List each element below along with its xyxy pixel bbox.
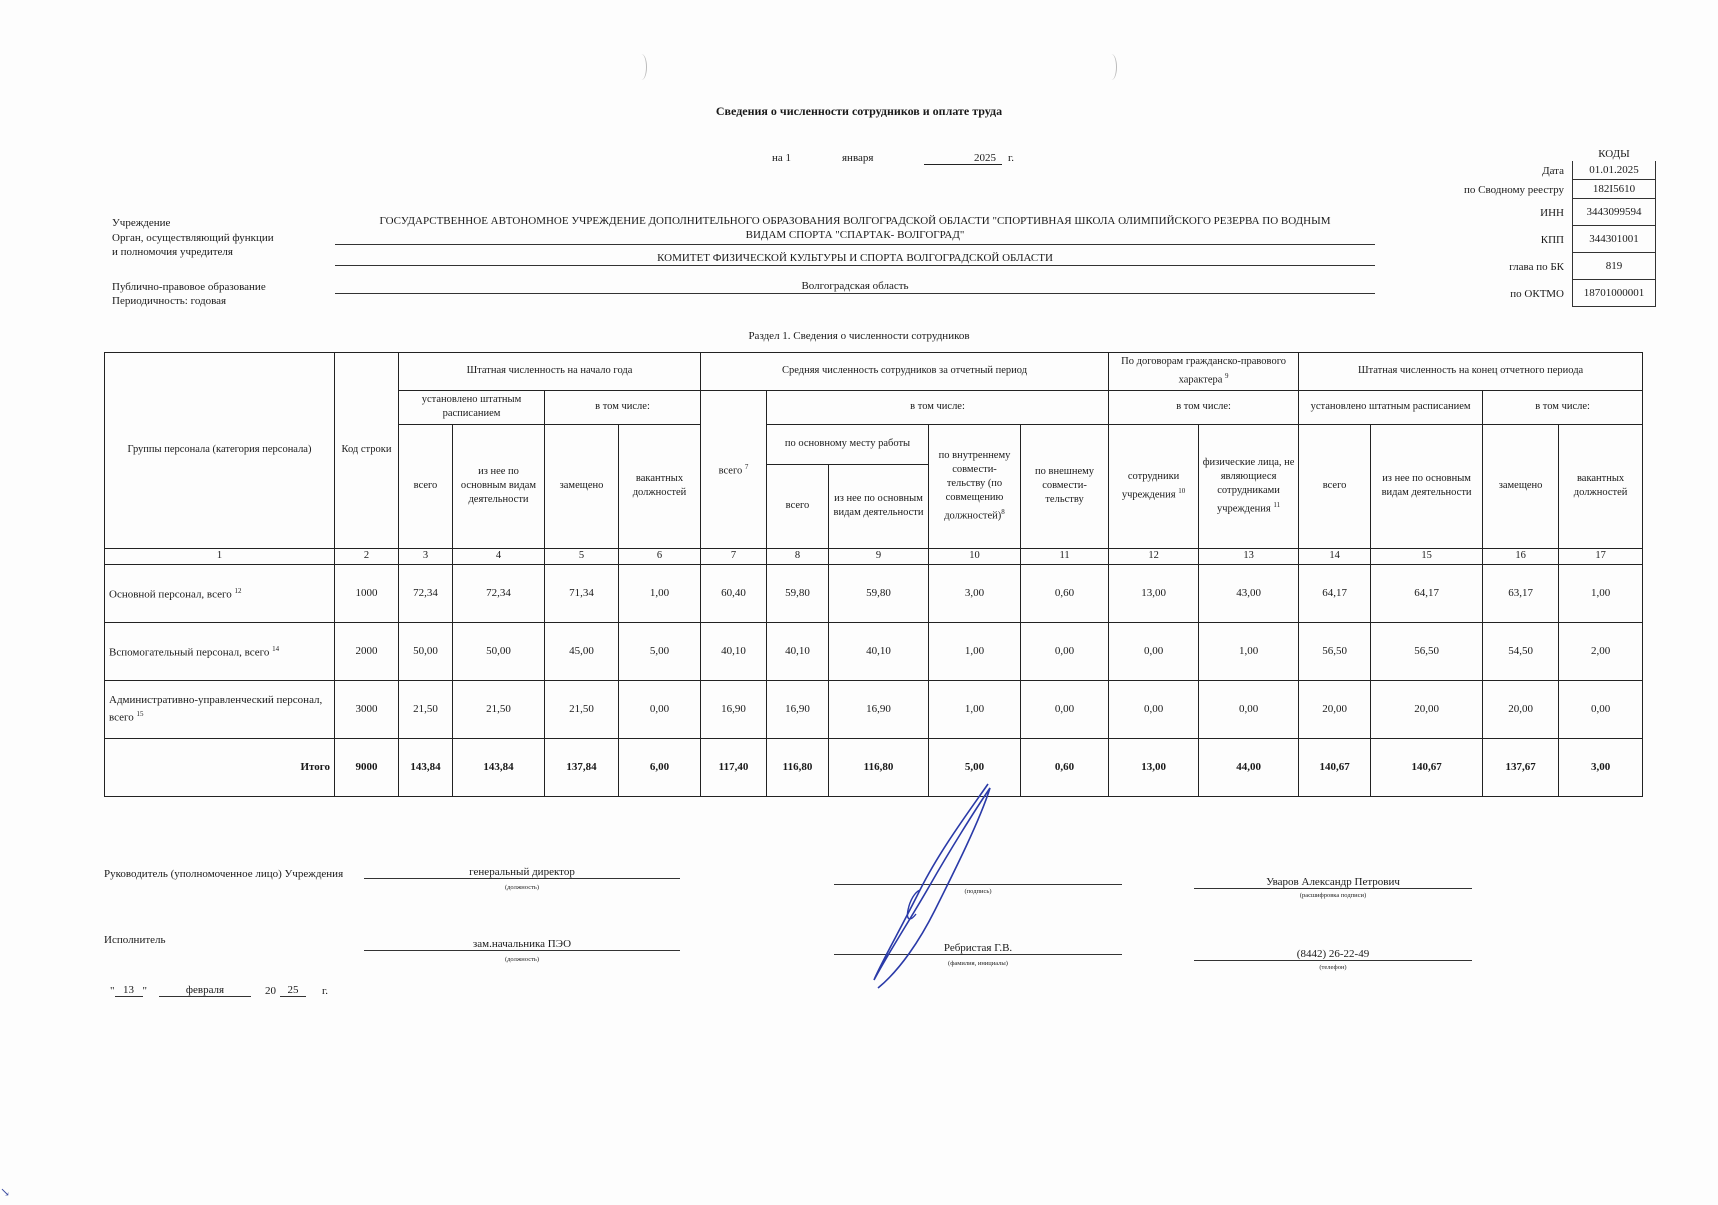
cell-value: 21,50	[545, 680, 619, 738]
executor-label: Исполнитель	[104, 934, 166, 946]
table-body: Основной персонал, всего 12100072,3472,3…	[105, 564, 1643, 796]
code-label: по ОКТМО	[1380, 288, 1572, 300]
requisite-labels: Учреждение Орган, осуществляющий функции…	[112, 216, 274, 309]
cell-value: 21,50	[399, 680, 453, 738]
document-title: Сведения о численности сотрудников и опл…	[0, 104, 1718, 119]
header-end-main: из нее по основным видам деятельности	[1371, 424, 1483, 548]
cell-value: 56,50	[1299, 622, 1371, 680]
ppo-label: Публично-правовое образование	[112, 280, 274, 295]
cell-value: 43,00	[1199, 564, 1299, 622]
cell-value: 1,00	[619, 564, 701, 622]
executor-position-caption: (должность)	[364, 956, 680, 963]
header-main-of-it: из нее по основным видам деятельности	[829, 464, 929, 548]
header-groups: Группы персонала (категория персонала)	[105, 353, 335, 549]
head-position: генеральный директор	[364, 866, 680, 879]
column-number: 6	[619, 548, 701, 564]
row-code: 3000	[335, 680, 399, 738]
cell-value: 1,00	[929, 680, 1021, 738]
founder-label-2: и полномочия учредителя	[112, 245, 274, 260]
cell-value: 0,60	[1021, 564, 1109, 622]
name-caption: (расшифровка подписи)	[1194, 892, 1472, 899]
header-start-vacant: вакантных должностей	[619, 424, 701, 548]
header-internal: по внутреннему совмести- тельству (по со…	[929, 424, 1021, 548]
handwritten-signature-icon	[860, 780, 1000, 990]
cell-value: 71,34	[545, 564, 619, 622]
sign-day: 13	[115, 984, 143, 997]
sign-year: 25	[280, 984, 306, 997]
code-row-bk: глава по БК 819	[1380, 253, 1656, 280]
header-end-filled: замещено	[1483, 424, 1559, 548]
cell-value: 2,00	[1559, 622, 1643, 680]
cell-value: 63,17	[1483, 564, 1559, 622]
cell-value: 16,90	[829, 680, 929, 738]
head-name: Уваров Александр Петрович	[1194, 876, 1472, 889]
cell-value: 72,34	[399, 564, 453, 622]
row-name: Административно-управленческий персонал,…	[105, 680, 335, 738]
cell-value: 16,90	[767, 680, 829, 738]
column-number: 4	[453, 548, 545, 564]
cell-value: 1,00	[1199, 622, 1299, 680]
section-title: Раздел 1. Сведения о численности сотрудн…	[0, 330, 1718, 342]
cell-value: 54,50	[1483, 622, 1559, 680]
row-code: 2000	[335, 622, 399, 680]
position-caption: (должность)	[364, 884, 680, 891]
code-row-inn: ИНН 3443099594	[1380, 199, 1656, 226]
header-start-filled: замещено	[545, 424, 619, 548]
code-value: 18701000001	[1572, 280, 1656, 307]
periodicity-label: Периодичность: годовая	[112, 294, 274, 309]
cell-value: 21,50	[453, 680, 545, 738]
scan-edge-mark: ↘	[0, 1185, 10, 1200]
cell-value: 13,00	[1109, 564, 1199, 622]
cell-value: 56,50	[1371, 622, 1483, 680]
code-label: КПП	[1380, 234, 1572, 246]
cell-value: 3,00	[929, 564, 1021, 622]
cell-value: 59,80	[829, 564, 929, 622]
header-external: по внешнему совмести- тельству	[1021, 424, 1109, 548]
cell-value: 1,00	[929, 622, 1021, 680]
date-year: 2025	[924, 152, 1002, 165]
header-start-year: Штатная численность на начало года	[399, 353, 701, 391]
cell-value: 16,90	[701, 680, 767, 738]
total-value: 140,67	[1371, 738, 1483, 796]
code-row-oktmo: по ОКТМО 18701000001	[1380, 280, 1656, 307]
code-value: 01.01.2025	[1572, 161, 1656, 180]
code-row-kpp: КПП 344301001	[1380, 226, 1656, 253]
total-value: 44,00	[1199, 738, 1299, 796]
total-value: 13,00	[1109, 738, 1199, 796]
cell-value: 0,00	[1199, 680, 1299, 738]
table-row: Вспомогательный персонал, всего 14200050…	[105, 622, 1643, 680]
row-name: Вспомогательный персонал, всего 14	[105, 622, 335, 680]
row-name: Основной персонал, всего 12	[105, 564, 335, 622]
cell-value: 59,80	[767, 564, 829, 622]
sign-suffix: г.	[322, 985, 328, 997]
total-label: Итого	[105, 738, 335, 796]
table-row: Основной персонал, всего 12100072,3472,3…	[105, 564, 1643, 622]
ppo-name: Волгоградская область	[335, 280, 1375, 294]
header-staff: сотрудники учреждения 10	[1109, 424, 1199, 548]
cell-value: 0,00	[619, 680, 701, 738]
header-gph: По договорам гражданско-правового характ…	[1109, 353, 1299, 391]
cell-value: 64,17	[1371, 564, 1483, 622]
column-number: 7	[701, 548, 767, 564]
date-month: января	[842, 152, 924, 165]
header-code: Код строки	[335, 353, 399, 549]
date-prefix: на 1	[772, 152, 842, 165]
column-number: 10	[929, 548, 1021, 564]
code-label: ИНН	[1380, 207, 1572, 219]
column-number: 8	[767, 548, 829, 564]
column-number: 9	[829, 548, 929, 564]
header-including-avg: в том числе:	[767, 390, 1109, 424]
head-label: Руководитель (уполномоченное лицо) Учреж…	[104, 868, 343, 880]
column-number: 11	[1021, 548, 1109, 564]
cell-value: 40,10	[767, 622, 829, 680]
code-label: по Сводному реестру	[1380, 184, 1572, 196]
total-value: 117,40	[701, 738, 767, 796]
sign-century: 20	[265, 985, 276, 997]
code-row-registry: по Сводному реестру 182I5610	[1380, 180, 1656, 199]
cell-value: 0,00	[1109, 680, 1199, 738]
phone-caption: (телефон)	[1194, 964, 1472, 971]
institution-name-line-1: ГОСУДАРСТВЕННОЕ АВТОНОМНОЕ УЧРЕЖДЕНИЕ ДО…	[335, 214, 1375, 228]
sign-date: " 13 " февраля 20 25 г.	[110, 984, 328, 997]
column-number: 3	[399, 548, 453, 564]
document-page: Сведения о численности сотрудников и опл…	[0, 0, 1718, 1205]
cell-value: 0,00	[1109, 622, 1199, 680]
header-including-gph: в том числе:	[1109, 390, 1299, 424]
header-avg: Средняя численность сотрудников за отчет…	[701, 353, 1109, 391]
row-code: 1000	[335, 564, 399, 622]
header-end-vacant: вакантных должностей	[1559, 424, 1643, 548]
header-including-end: в том числе:	[1483, 390, 1643, 424]
cell-value: 0,00	[1021, 680, 1109, 738]
cell-value: 64,17	[1299, 564, 1371, 622]
header-non-staff: физические лица, не являющиеся сотрудник…	[1199, 424, 1299, 548]
code-value: 344301001	[1572, 226, 1656, 253]
cell-value: 72,34	[453, 564, 545, 622]
executor-position: зам.начальника ПЭО	[364, 938, 680, 951]
column-numbers-row: 1234567891011121314151617	[105, 548, 1643, 564]
column-number: 15	[1371, 548, 1483, 564]
header-main-place: по основному месту работы	[767, 424, 929, 464]
codes-block: КОДЫ Дата 01.01.2025 по Сводному реестру…	[1380, 148, 1656, 307]
header-end-period: Штатная численность на конец отчетного п…	[1299, 353, 1643, 391]
total-value: 143,84	[453, 738, 545, 796]
cell-value: 20,00	[1299, 680, 1371, 738]
total-value: 143,84	[399, 738, 453, 796]
code-value: 182I5610	[1572, 180, 1656, 199]
total-value: 137,84	[545, 738, 619, 796]
institution-name-line-2: ВИДАМ СПОРТА "СПАРТАК- ВОЛГОГРАД"	[335, 228, 1375, 242]
cell-value: 50,00	[399, 622, 453, 680]
total-code: 9000	[335, 738, 399, 796]
header-established-end: установлено штатным расписанием	[1299, 390, 1483, 424]
column-number: 12	[1109, 548, 1199, 564]
code-row-date: Дата 01.01.2025	[1380, 161, 1656, 180]
table-row: Административно-управленческий персонал,…	[105, 680, 1643, 738]
cell-value: 45,00	[545, 622, 619, 680]
cell-value: 0,00	[1559, 680, 1643, 738]
cell-value: 50,00	[453, 622, 545, 680]
header-including-start: в том числе:	[545, 390, 701, 424]
scan-artifact	[1106, 54, 1117, 80]
header-end-total: всего	[1299, 424, 1371, 548]
column-number: 16	[1483, 548, 1559, 564]
institution-label: Учреждение	[112, 216, 274, 231]
code-label: глава по БК	[1380, 261, 1572, 273]
code-value: 819	[1572, 253, 1656, 280]
total-value: 3,00	[1559, 738, 1643, 796]
cell-value: 5,00	[619, 622, 701, 680]
executor-phone: (8442) 26-22-49	[1194, 948, 1472, 961]
founder-label-1: Орган, осуществляющий функции	[112, 231, 274, 246]
column-number: 5	[545, 548, 619, 564]
date-suffix: г.	[1008, 152, 1014, 165]
code-label: Дата	[1380, 165, 1572, 177]
staff-table: Группы персонала (категория персонала) К…	[104, 352, 1643, 797]
column-number: 1	[105, 548, 335, 564]
founder-name: КОМИТЕТ ФИЗИЧЕСКОЙ КУЛЬТУРЫ И СПОРТА ВОЛ…	[335, 252, 1375, 266]
cell-value: 1,00	[1559, 564, 1643, 622]
header-start-main: из нее по основным видам деятельности	[453, 424, 545, 548]
header-main-total: всего	[767, 464, 829, 548]
total-value: 116,80	[767, 738, 829, 796]
codes-header: КОДЫ	[1572, 148, 1656, 161]
cell-value: 40,10	[701, 622, 767, 680]
institution-name: ГОСУДАРСТВЕННОЕ АВТОНОМНОЕ УЧРЕЖДЕНИЕ ДО…	[335, 214, 1375, 245]
report-date-line: на 1 января 2025 г.	[772, 152, 1014, 165]
code-value: 3443099594	[1572, 199, 1656, 226]
header-established-start: установлено штатным расписанием	[399, 390, 545, 424]
total-value: 6,00	[619, 738, 701, 796]
sign-month: февраля	[159, 984, 251, 997]
cell-value: 60,40	[701, 564, 767, 622]
column-number: 14	[1299, 548, 1371, 564]
scan-artifact	[636, 54, 647, 80]
column-number: 17	[1559, 548, 1643, 564]
column-number: 2	[335, 548, 399, 564]
column-number: 13	[1199, 548, 1299, 564]
total-value: 140,67	[1299, 738, 1371, 796]
cell-value: 40,10	[829, 622, 929, 680]
header-start-total: всего	[399, 424, 453, 548]
total-value: 137,67	[1483, 738, 1559, 796]
cell-value: 0,00	[1021, 622, 1109, 680]
cell-value: 20,00	[1483, 680, 1559, 738]
total-value: 0,60	[1021, 738, 1109, 796]
cell-value: 20,00	[1371, 680, 1483, 738]
header-avg-total: всего 7	[701, 390, 767, 548]
